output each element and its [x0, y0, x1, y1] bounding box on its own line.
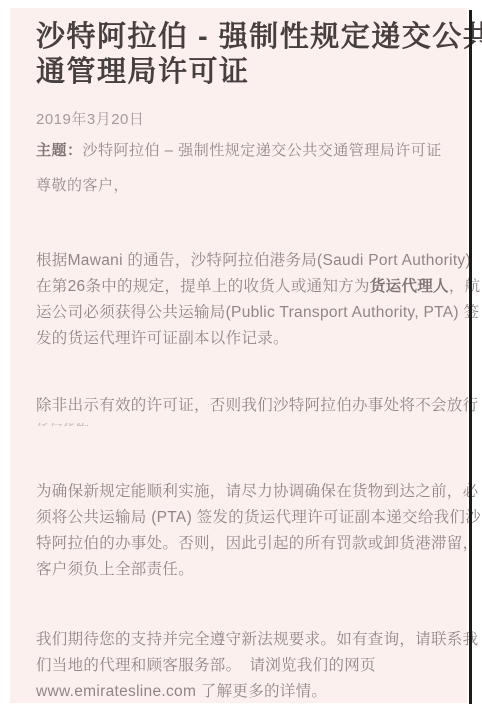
salutation: 尊敬的客户，	[36, 174, 443, 195]
paragraph-line: 除非出示有效的许可证，否则我们沙特阿拉伯办事处将不会放行	[36, 393, 443, 419]
page-title-line2: 通管理局许可证	[36, 55, 443, 90]
paragraph-release-condition: 除非出示有效的许可证，否则我们沙特阿拉伯办事处将不会放行	[36, 393, 443, 419]
paragraph-line: 我们期待您的支持并完全遵守新法规要求。如有查询，请联系我	[36, 627, 443, 653]
paragraph-line-post: ，航	[449, 278, 481, 295]
clipped-text-line: 任何货物。	[36, 417, 443, 426]
website-url: www.emiratesline.com	[36, 683, 196, 700]
freight-agent-emphasis: 货运代理人	[370, 278, 449, 295]
subject-line: 主题：沙特阿拉伯 – 强制性规定递交公共交通管理局许可证	[36, 139, 443, 160]
paragraph-line: 发的货运代理许可证副本以作记录。	[36, 326, 443, 352]
paragraph-regulation: 根据Mawani 的通告，沙特阿拉伯港务局(Saudi Port Authori…	[36, 248, 443, 352]
publish-date: 2019年3月20日	[36, 108, 443, 129]
paragraph-compliance: 为确保新规定能顺利实施，请尽力协调确保在货物到达之前，必 须将公共运输局 (PT…	[36, 479, 443, 583]
notice-content: 沙特阿拉伯 - 强制性规定递交公共交 通管理局许可证 2019年3月20日 主题…	[10, 8, 467, 703]
page-title-line1: 沙特阿拉伯 - 强制性规定递交公共交	[36, 20, 443, 55]
right-edge-rule	[469, 10, 472, 704]
notice-card: 沙特阿拉伯 - 强制性规定递交公共交 通管理局许可证 2019年3月20日 主题…	[10, 8, 467, 703]
subject-label: 主题：	[36, 142, 83, 159]
paragraph-line: 在第26条中的规定，提单上的收货人或通知方为货运代理人，航	[36, 274, 443, 300]
notice-page: { "page": { "background": "#ffffff", "ca…	[0, 0, 482, 710]
paragraph-line: 须将公共运输局 (PTA) 签发的货运代理许可证副本递交给我们沙	[36, 505, 443, 531]
paragraph-line-pre: 在第26条中的规定，提单上的收货人或通知方为	[36, 278, 370, 295]
paragraph-line: 根据Mawani 的通告，沙特阿拉伯港务局(Saudi Port Authori…	[36, 248, 443, 274]
paragraph-closing: 我们期待您的支持并完全遵守新法规要求。如有查询，请联系我 们当地的代理和顾客服务…	[36, 627, 443, 705]
paragraph-line: 特阿拉伯的办事处。否则，因此引起的所有罚款或卸货港滞留，	[36, 531, 443, 557]
page-title: 沙特阿拉伯 - 强制性规定递交公共交 通管理局许可证	[36, 20, 443, 90]
paragraph-line: 为确保新规定能顺利实施，请尽力协调确保在货物到达之前，必	[36, 479, 443, 505]
paragraph-line: 们当地的代理和顾客服务部。 请浏览我们的网页	[36, 653, 443, 679]
paragraph-line: 客户须负上全部责任。	[36, 557, 443, 583]
paragraph-line: www.emiratesline.com 了解更多的详情。	[36, 679, 443, 705]
paragraph-line: 运公司必须获得公共运输局(Public Transport Authority,…	[36, 300, 443, 326]
subject-text: 沙特阿拉伯 – 强制性规定递交公共交通管理局许可证	[83, 142, 442, 159]
paragraph-line-rest: 了解更多的详情。	[196, 683, 327, 700]
